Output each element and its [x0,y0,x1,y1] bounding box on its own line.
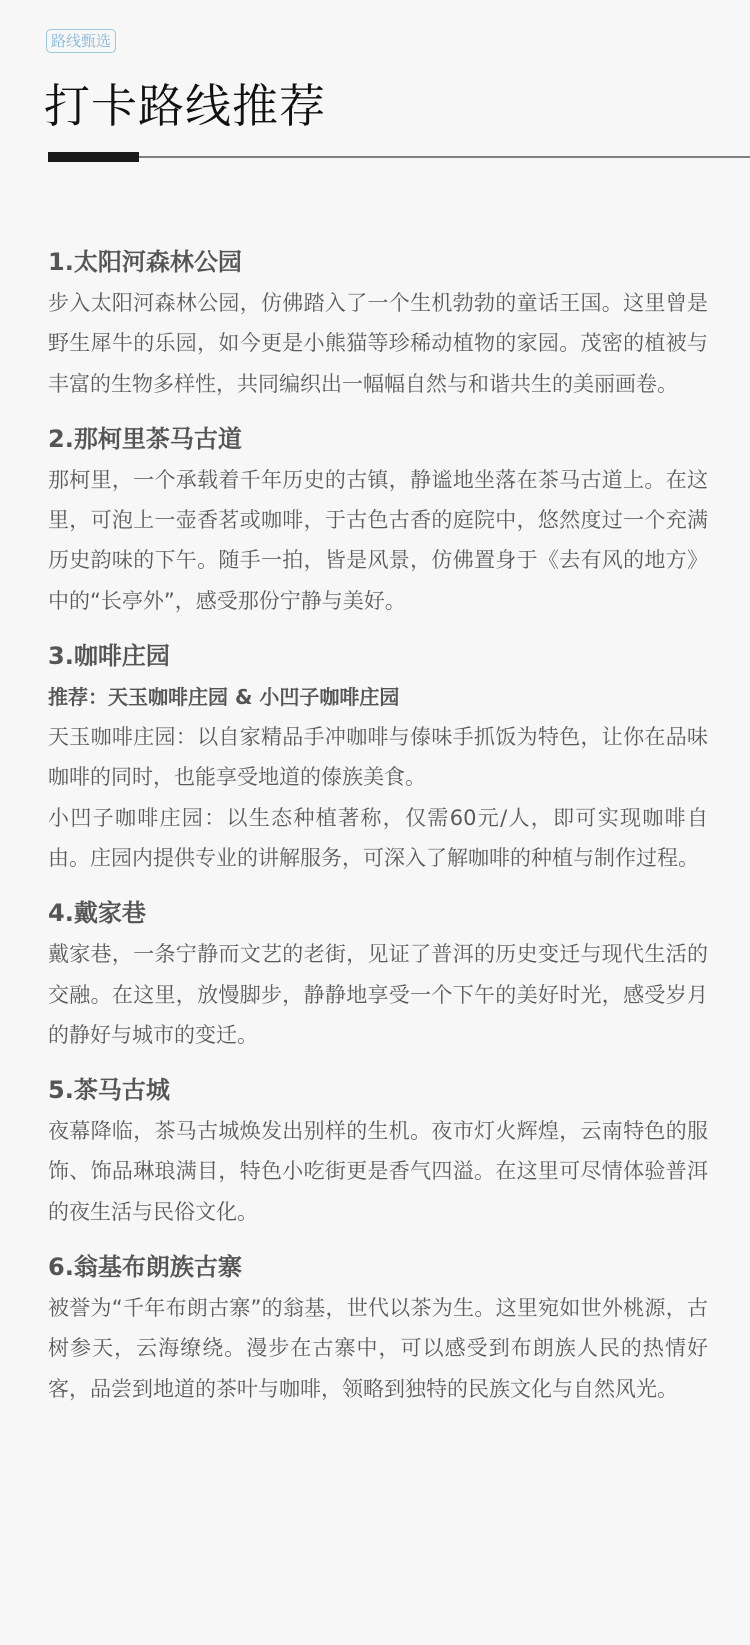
route-recommendation: 推荐：天玉咖啡庄园 & 小凹子咖啡庄园 [48,677,708,717]
route-heading: 4.戴家巷 [48,892,708,934]
route-section-5: 5.茶马古城 夜幕降临，茶马古城焕发出别样的生机。夜市灯火辉煌，云南特色的服饰、… [48,1069,708,1232]
route-description: 步入太阳河森林公园，仿佛踏入了一个生机勃勃的童话王国。这里曾是野生犀牛的乐园，如… [48,283,708,404]
route-description: 小凹子咖啡庄园：以生态种植著称，仅需60元/人，即可实现咖啡自由。庄园内提供专业… [48,798,708,879]
route-section-6: 6.翁基布朗族古寨 被誉为“千年布朗古寨”的翁基，世代以茶为生。这里宛如世外桃源… [48,1246,708,1409]
route-description: 天玉咖啡庄园：以自家精品手冲咖啡与傣味手抓饭为特色，让你在品味咖啡的同时，也能享… [48,717,708,798]
route-heading: 1.太阳河森林公园 [48,241,708,283]
route-list: 1.太阳河森林公园 步入太阳河森林公园，仿佛踏入了一个生机勃勃的童话王国。这里曾… [48,241,708,1423]
route-section-3: 3.咖啡庄园 推荐：天玉咖啡庄园 & 小凹子咖啡庄园 天玉咖啡庄园：以自家精品手… [48,635,708,878]
route-description: 被誉为“千年布朗古寨”的翁基，世代以茶为生。这里宛如世外桃源，古树参天，云海缭绕… [48,1288,708,1409]
category-tag: 路线甄选 [46,29,116,53]
route-heading: 3.咖啡庄园 [48,635,708,677]
route-section-2: 2.那柯里茶马古道 那柯里，一个承载着千年历史的古镇，静谧地坐落在茶马古道上。在… [48,418,708,621]
title-divider-line [133,156,750,158]
route-description: 戴家巷，一条宁静而文艺的老街，见证了普洱的历史变迁与现代生活的交融。在这里，放慢… [48,934,708,1055]
route-description: 那柯里，一个承载着千年历史的古镇，静谧地坐落在茶马古道上。在这里，可泡上一壶香茗… [48,460,708,621]
route-heading: 6.翁基布朗族古寨 [48,1246,708,1288]
route-section-4: 4.戴家巷 戴家巷，一条宁静而文艺的老街，见证了普洱的历史变迁与现代生活的交融。… [48,892,708,1055]
route-heading: 2.那柯里茶马古道 [48,418,708,460]
route-description: 夜幕降临，茶马古城焕发出别样的生机。夜市灯火辉煌，云南特色的服饰、饰品琳琅满目，… [48,1111,708,1232]
route-heading: 5.茶马古城 [48,1069,708,1111]
title-accent-bar [48,152,139,162]
route-section-1: 1.太阳河森林公园 步入太阳河森林公园，仿佛踏入了一个生机勃勃的童话王国。这里曾… [48,241,708,404]
page-title: 打卡路线推荐 [44,76,326,136]
